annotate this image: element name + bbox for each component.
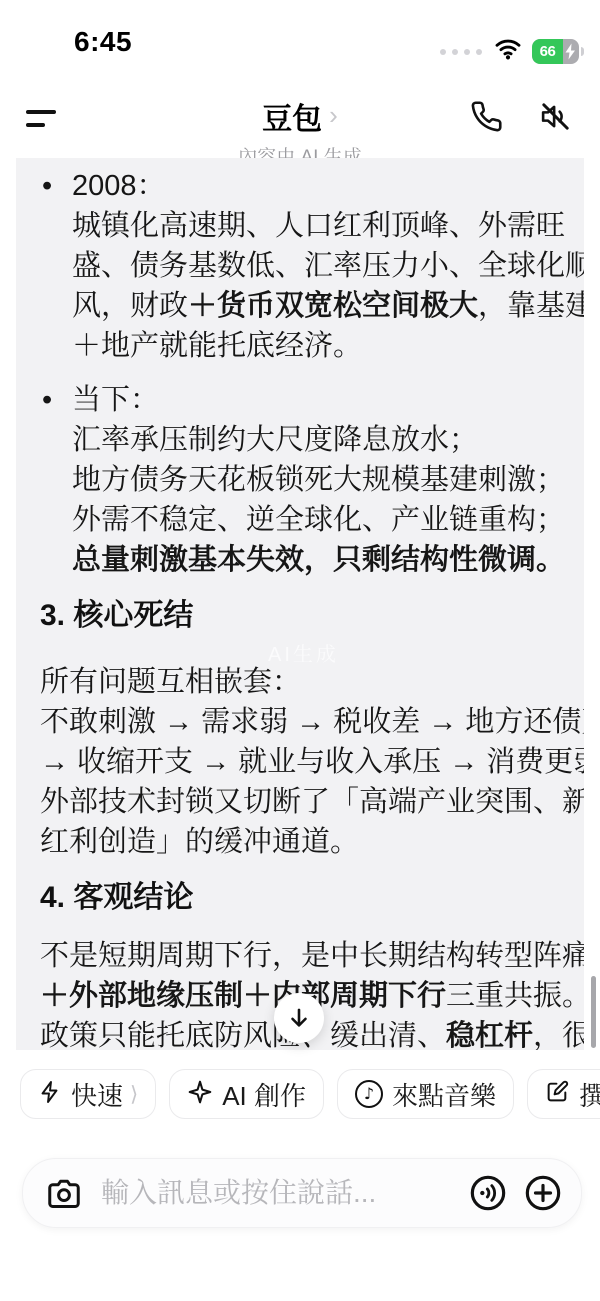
message-line: 当下： — [72, 380, 566, 420]
compose-icon — [545, 1079, 570, 1109]
message-line: → 收缩开支 → 就业与收入承压 → 消费更弱。 — [40, 742, 566, 782]
chip-compose[interactable]: 撰寫 — [527, 1069, 600, 1119]
chevron-right-icon: ⟩ — [130, 1082, 138, 1107]
battery-percent: 66 — [540, 43, 556, 60]
plus-icon[interactable] — [523, 1173, 563, 1213]
bullet-item-now: • 当下： 汇率承压制约大尺度降息放水； 地方债务天花板锁死大规模基建刺激； 外… — [40, 380, 566, 580]
chip-ai-create[interactable]: AI 創作 — [169, 1069, 324, 1119]
clock: 6:45 — [74, 26, 132, 58]
doubao-chat-screen: 6:45 66 — [0, 0, 600, 1301]
chip-quick[interactable]: 快速 ⟩ — [20, 1069, 156, 1119]
message-line: 城镇化高速期、人口红利顶峰、外需旺 — [72, 206, 566, 246]
sparkle-icon — [187, 1079, 213, 1110]
message-line: 不是短期周期下行，是中长期结构转型阵痛 — [40, 936, 566, 976]
ai-watermark: AI生成 — [268, 638, 339, 667]
cellular-signal-icon — [440, 49, 482, 55]
camera-icon[interactable] — [45, 1175, 83, 1211]
ai-message-bubble: • 2008： 城镇化高速期、人口红利顶峰、外需旺 盛、债务基数低、汇率压力小、… — [16, 158, 584, 1050]
message-line: 外部技术封锁又切断了「高端产业突围、新增 — [40, 782, 566, 822]
message-line: 总量刺激基本失效，只剩结构性微调。 — [72, 540, 566, 580]
charging-bolt-icon — [564, 43, 577, 64]
message-line: 地方债务天花板锁死大规模基建刺激； — [72, 460, 566, 500]
scroll-to-bottom-button[interactable] — [274, 993, 324, 1043]
message-line: 汇率承压制约大尺度降息放水； — [72, 420, 566, 460]
message-line: 盛、债务基数低、汇率压力小、全球化顺 — [72, 246, 566, 286]
chip-label: 撰寫 — [579, 1076, 600, 1113]
message-line: 外需不稳定、逆全球化、产业链重构； — [72, 500, 566, 540]
bullet-icon: • — [42, 166, 52, 206]
message-input[interactable] — [99, 1176, 460, 1210]
battery-icon: 66 — [532, 39, 584, 64]
bullet-icon: • — [42, 380, 52, 420]
wifi-icon — [494, 38, 522, 65]
lightning-icon — [38, 1079, 62, 1110]
message-line: 风，财政＋货币双宽松空间极大，靠基建 — [72, 286, 566, 326]
chat-header: 豆包 › 內容由 AI 生成 — [0, 88, 600, 158]
chip-label: 來點音樂 — [392, 1076, 496, 1113]
paragraph-3: 所有问题互相嵌套： 不敢刺激 → 需求弱 → 税收差 → 地方还债更难 → 收缩… — [40, 662, 566, 862]
message-line: ＋地产就能托底经济。 — [72, 326, 566, 366]
music-note-icon: ♪ — [355, 1080, 383, 1108]
phone-call-icon[interactable] — [470, 100, 503, 138]
section-heading-4: 4. 客观结论 — [40, 876, 566, 920]
suggestion-chips-row: 快速 ⟩ AI 創作 ♪ 來點音樂 撰寫 — [20, 1069, 600, 1119]
section-heading-3: 3. 核心死结 — [40, 594, 566, 638]
message-line: 所有问题互相嵌套： — [40, 662, 566, 702]
scrollbar-thumb[interactable] — [591, 976, 596, 1048]
mute-voice-icon[interactable] — [539, 100, 572, 138]
chevron-right-icon: › — [329, 100, 338, 131]
chip-label: AI 創作 — [222, 1076, 306, 1113]
arrow-down-icon — [286, 1005, 312, 1031]
message-input-bar — [22, 1158, 582, 1228]
message-line: 2008： — [72, 166, 566, 206]
chip-music[interactable]: ♪ 來點音樂 — [337, 1069, 514, 1119]
bullet-item-2008: • 2008： 城镇化高速期、人口红利顶峰、外需旺 盛、债务基数低、汇率压力小、… — [40, 166, 566, 366]
chip-label: 快速 — [71, 1076, 123, 1113]
voice-wave-icon[interactable] — [468, 1173, 508, 1213]
page-title: 豆包 — [262, 94, 322, 138]
message-line: 红利创造」的缓冲通道。 — [40, 822, 566, 862]
message-line: 不敢刺激 → 需求弱 → 税收差 → 地方还债更难 — [40, 702, 566, 742]
status-bar: 6:45 66 — [0, 0, 600, 88]
